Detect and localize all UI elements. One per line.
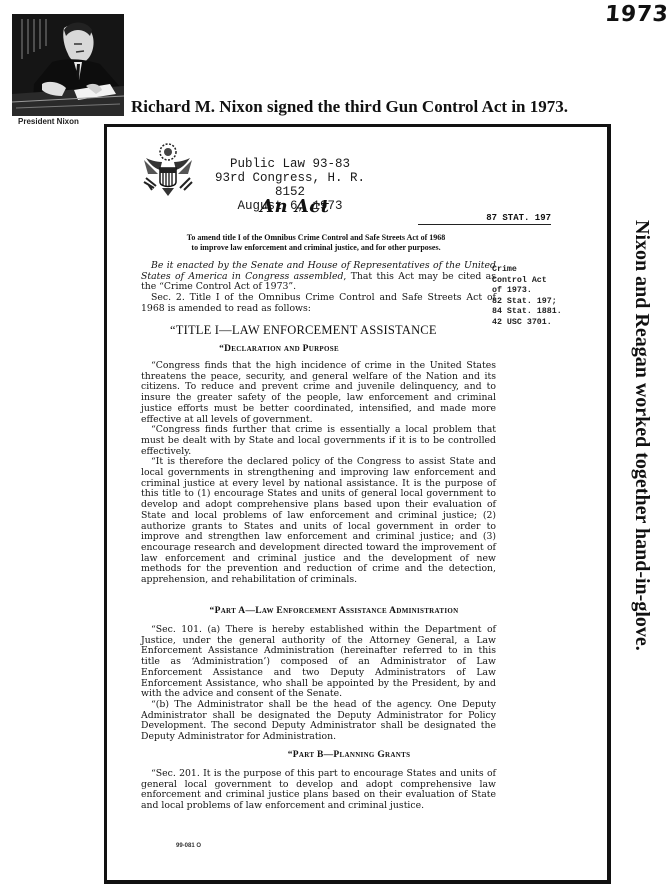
act-purpose: To amend title I of the Omnibus Crime Co… xyxy=(141,233,491,253)
handwritten-year: 1973 xyxy=(604,2,669,27)
enacting-clause: Be it enacted by the Senate and House of… xyxy=(141,261,496,315)
part-a-heading: “Part A—Law Enforcement Assistance Admin… xyxy=(104,606,564,616)
great-seal-icon xyxy=(140,140,196,198)
purpose-line-1: To amend title I of the Omnibus Crime Co… xyxy=(141,233,491,243)
declaration-heading: “Declaration and Purpose xyxy=(104,344,454,354)
law-number: Public Law 93-83 xyxy=(205,157,375,171)
stat-reference: 87 STAT. 197 xyxy=(418,213,551,225)
photo-caption: President Nixon xyxy=(18,117,79,126)
nixon-photo xyxy=(12,14,124,116)
declaration-paragraph: “Congress finds that the high incidence … xyxy=(141,361,496,425)
declaration-section: “Congress finds that the high incidence … xyxy=(141,361,496,586)
side-note-text: Nixon and Reagan worked together hand-in… xyxy=(630,220,653,651)
part-b-section: “Sec. 201. It is the purpose of this par… xyxy=(141,769,496,812)
print-code: 99-081 O xyxy=(176,843,201,849)
margin-note: Crime Control Act of 1973. 82 Stat. 197;… xyxy=(492,265,562,328)
declaration-paragraph: “It is therefore the declared policy of … xyxy=(141,457,496,585)
part-a-paragraph: “(b) The Administrator shall be the head… xyxy=(141,700,496,743)
declaration-paragraph: “Congress finds further that crime is es… xyxy=(141,425,496,457)
purpose-line-2: to improve law enforcement and criminal … xyxy=(141,243,491,253)
section-2: Sec. 2. Title I of the Omnibus Crime Con… xyxy=(141,293,496,314)
part-b-paragraph: “Sec. 201. It is the purpose of this par… xyxy=(141,769,496,812)
part-b-heading: “Part B—Planning Grants xyxy=(104,750,594,760)
side-note: Nixon and Reagan worked together hand-in… xyxy=(621,220,661,740)
part-a-paragraph: “Sec. 101. (a) There is hereby establish… xyxy=(141,625,496,700)
part-a-section: “Sec. 101. (a) There is hereby establish… xyxy=(141,625,496,743)
an-act-heading: An Act xyxy=(260,196,330,217)
congress-bill: 93rd Congress, H. R. 8152 xyxy=(205,171,375,199)
title-heading: “TITLE I—LAW ENFORCEMENT ASSISTANCE xyxy=(170,323,437,338)
headline: Richard M. Nixon signed the third Gun Co… xyxy=(131,97,568,117)
nixon-photo-illustration xyxy=(12,14,124,116)
